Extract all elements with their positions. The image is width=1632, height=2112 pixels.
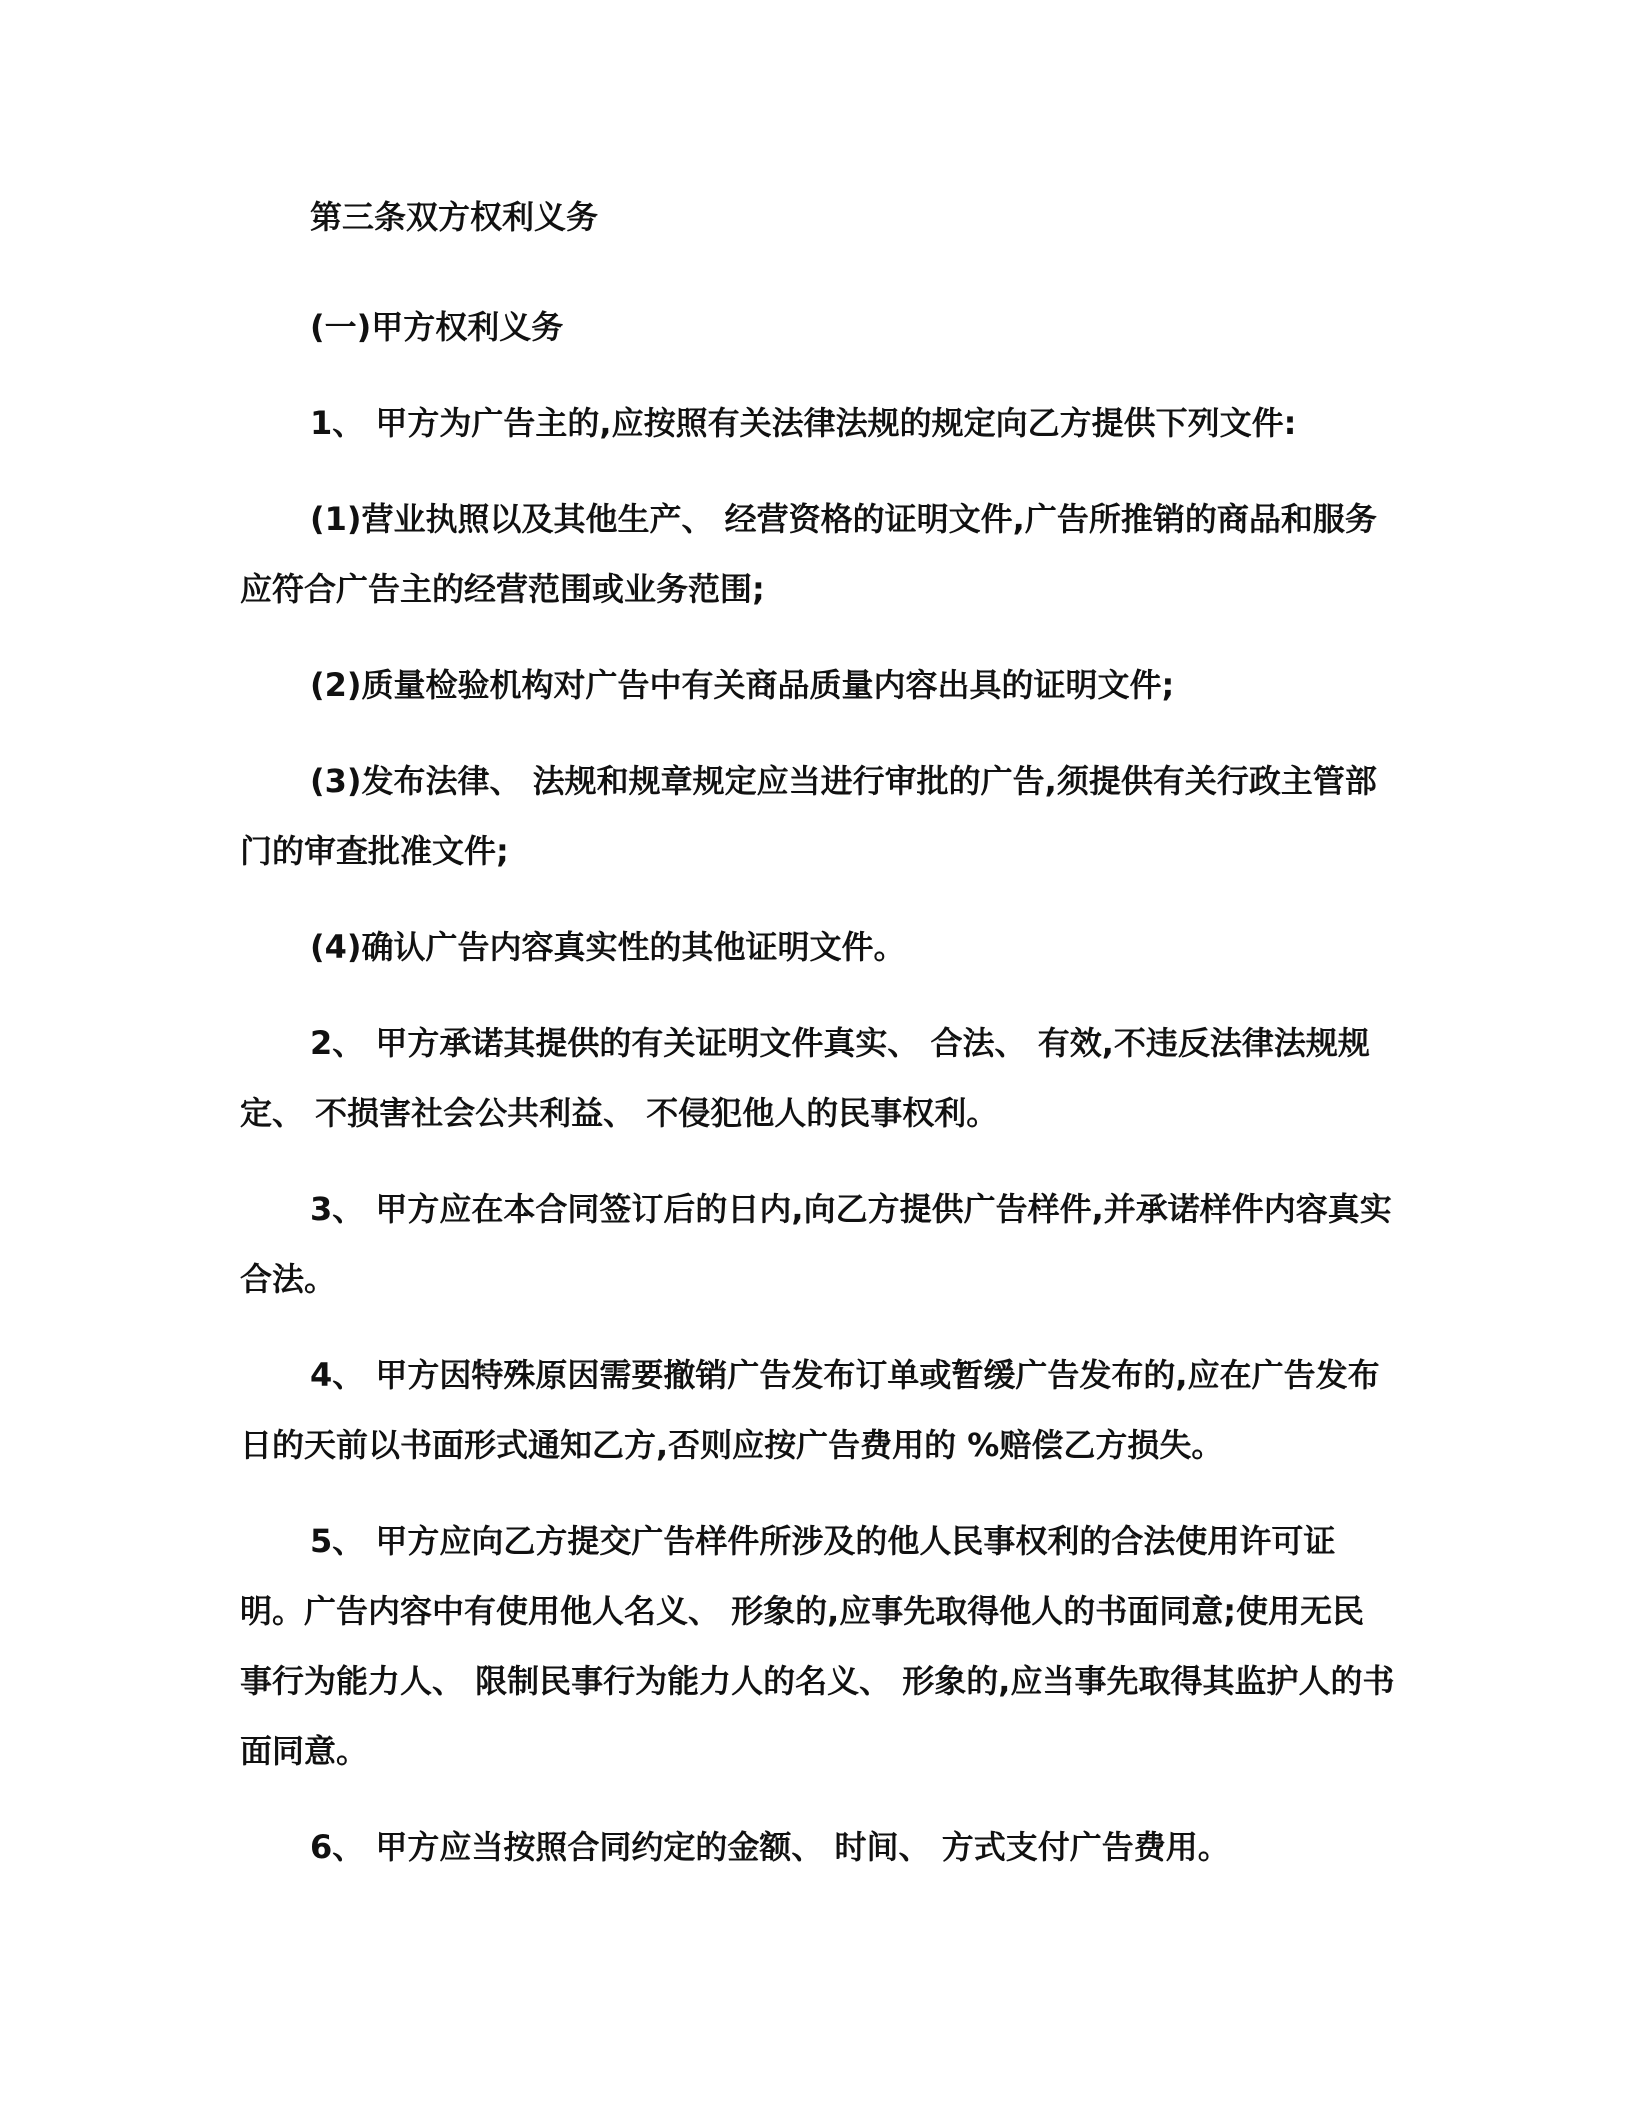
item-6-text: 6、 甲方应当按照合同约定的金额、 时间、 方式支付广告费用。 [240,1812,1395,1882]
item-1-sub-2-text: (2)质量检验机构对广告中有关商品质量内容出具的证明文件; [240,650,1395,720]
item-4-text: 4、 甲方因特殊原因需要撤销广告发布订单或暂缓广告发布的,应在广告发布日的天前以… [240,1340,1395,1480]
item-1-sub-1-text: (1)营业执照以及其他生产、 经营资格的证明文件,广告所推销的商品和服务应符合广… [240,484,1395,624]
item-1-sub-4-text: (4)确认广告内容真实性的其他证明文件。 [240,912,1395,982]
document-page: 第三条双方权利义务 (一)甲方权利义务 1、 甲方为广告主的,应按照有关法律法规… [0,0,1632,2112]
item-5-text: 5、 甲方应向乙方提交广告样件所涉及的他人民事权利的合法使用许可证明。广告内容中… [240,1506,1395,1786]
item-1-sub-3-text: (3)发布法律、 法规和规章规定应当进行审批的广告,须提供有关行政主管部门的审查… [240,746,1395,886]
item-1-text: 1、 甲方为广告主的,应按照有关法律法规的规定向乙方提供下列文件: [240,388,1395,458]
contract-text-block: 第三条双方权利义务 (一)甲方权利义务 1、 甲方为广告主的,应按照有关法律法规… [240,182,1395,1908]
section-1-heading: (一)甲方权利义务 [240,292,1395,362]
item-3-text: 3、 甲方应在本合同签订后的日内,向乙方提供广告样件,并承诺样件内容真实合法。 [240,1174,1395,1314]
clause-3-heading: 第三条双方权利义务 [240,182,1395,252]
item-2-text: 2、 甲方承诺其提供的有关证明文件真实、 合法、 有效,不违反法律法规规定、 不… [240,1008,1395,1148]
